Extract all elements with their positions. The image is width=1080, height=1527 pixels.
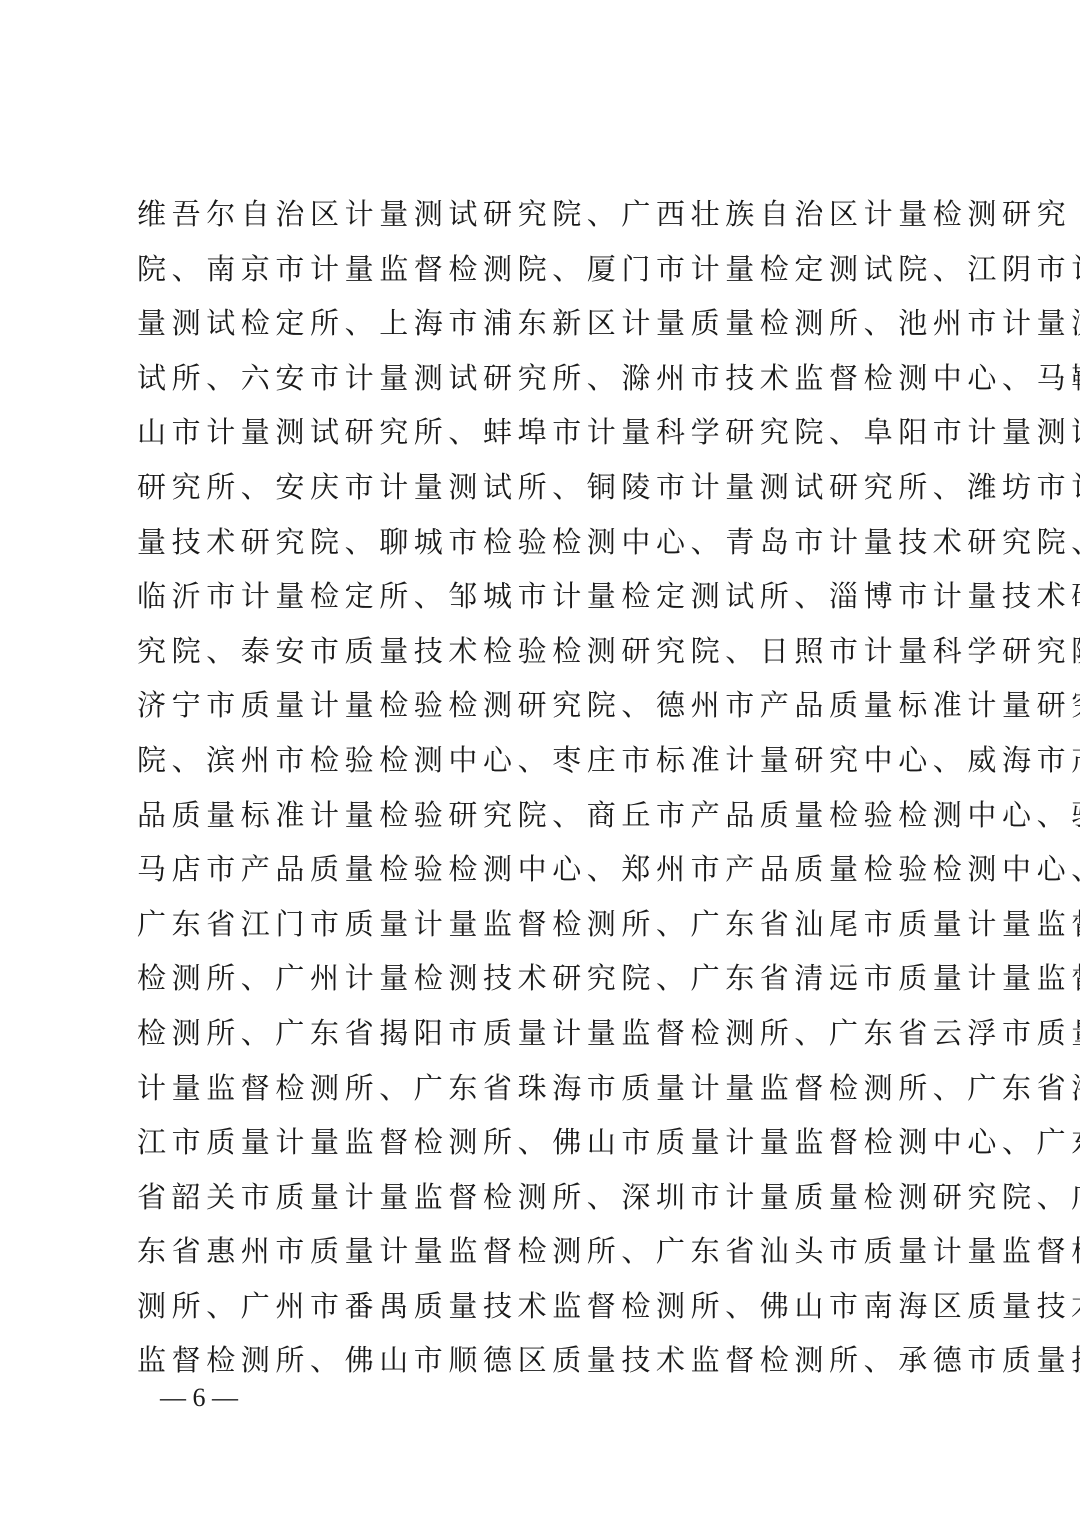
text-line: 广东省江门市质量计量监督检测所、广东省汕尾市质量计量监督 (137, 897, 957, 952)
text-line: 山市计量测试研究所、蚌埠市计量科学研究院、阜阳市计量测试 (137, 405, 957, 460)
text-line: 检测所、广州计量检测技术研究院、广东省清远市质量计量监督 (137, 951, 957, 1006)
document-page: 维吾尔自治区计量测试研究院、广西壮族自治区计量检测研究 院、南京市计量监督检测院… (0, 0, 1080, 1527)
text-line: 维吾尔自治区计量测试研究院、广西壮族自治区计量检测研究 (137, 187, 957, 242)
text-line: 检测所、广东省揭阳市质量计量监督检测所、广东省云浮市质量 (137, 1006, 957, 1061)
text-line: 计量监督检测所、广东省珠海市质量计量监督检测所、广东省湛 (137, 1061, 957, 1116)
text-line: 量测试检定所、上海市浦东新区计量质量检测所、池州市计量测 (137, 296, 957, 351)
text-line: 临沂市计量检定所、邹城市计量检定测试所、淄博市计量技术研 (137, 569, 957, 624)
text-line: 济宁市质量计量检验检测研究院、德州市产品质量标准计量研究 (137, 678, 957, 733)
page-number: — 6 — (160, 1378, 238, 1418)
text-line: 马店市产品质量检验检测中心、郑州市产品质量检验检测中心、 (137, 842, 957, 897)
text-line: 省韶关市质量计量监督检测所、深圳市计量质量检测研究院、广 (137, 1170, 957, 1225)
text-line: 江市质量计量监督检测所、佛山市质量计量监督检测中心、广东 (137, 1115, 957, 1170)
text-line: 监督检测所、佛山市顺德区质量技术监督检测所、承德市质量技 (137, 1333, 957, 1388)
text-line: 究院、泰安市质量技术检验检测研究院、日照市计量科学研究院、 (137, 624, 957, 679)
text-line: 量技术研究院、聊城市检验检测中心、青岛市计量技术研究院、 (137, 515, 957, 570)
text-line: 试所、六安市计量测试研究所、滁州市技术监督检测中心、马鞍 (137, 351, 957, 406)
text-line: 测所、广州市番禺质量技术监督检测所、佛山市南海区质量技术 (137, 1279, 957, 1334)
text-line: 东省惠州市质量计量监督检测所、广东省汕头市质量计量监督检 (137, 1224, 957, 1279)
text-line: 研究所、安庆市计量测试所、铜陵市计量测试研究所、潍坊市计 (137, 460, 957, 515)
text-line: 院、南京市计量监督检测院、厦门市计量检定测试院、江阴市计 (137, 242, 957, 297)
text-line: 品质量标准计量检验研究院、商丘市产品质量检验检测中心、驻 (137, 788, 957, 843)
text-line: 院、滨州市检验检测中心、枣庄市标准计量研究中心、威海市产 (137, 733, 957, 788)
body-paragraph: 维吾尔自治区计量测试研究院、广西壮族自治区计量检测研究 院、南京市计量监督检测院… (137, 187, 957, 1388)
